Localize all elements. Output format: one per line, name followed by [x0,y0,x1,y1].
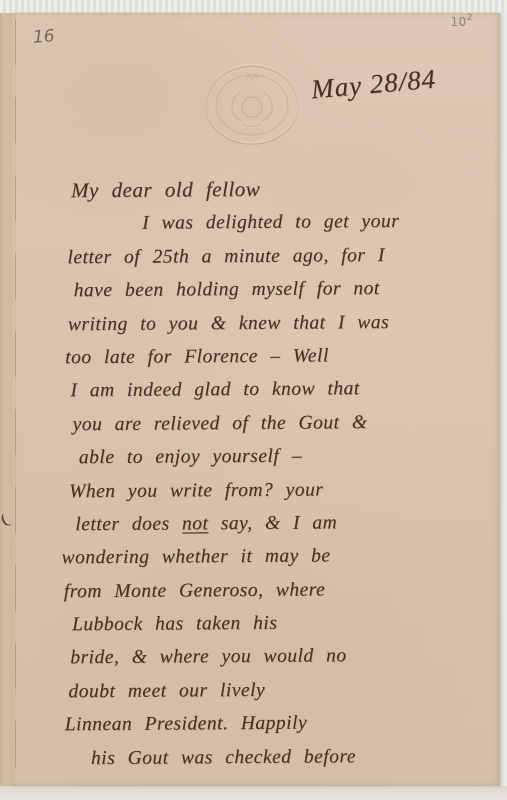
letter-date: May 28/84 [310,64,437,106]
body-line: have been holding myself for not [74,272,490,308]
body-line: from Monte Generoso, where [64,572,492,608]
embossed-seal-icon [203,62,301,148]
page-number-base: 10 [450,15,466,29]
letter-page: 16 102 May 28/84 My dear old fellow I wa… [11,13,500,786]
salutation: My dear old fellow [71,171,489,207]
page-number-pencil: 102 [450,13,473,29]
body-line: When you write from? your [69,472,491,508]
body-line: his Gout was checked before [91,739,493,775]
backing-paper-right [499,13,507,800]
scanned-letter: 16 102 May 28/84 My dear old fellow I wa… [0,0,507,800]
body-line: letter of 25th a minute ago, for I [67,238,489,274]
underlined-word: not [182,513,209,534]
folio-number-pencil: 16 [32,26,55,47]
body-line: Linnean President. Happily [65,706,493,742]
body-line: too late for Florence – Well [65,338,490,374]
body-line-with-underline: letter does not say, & I am [75,505,491,541]
backing-paper-bottom [0,786,507,800]
body-line: you are relieved of the Gout & [73,405,491,441]
body-line: doubt meet our lively [68,672,492,708]
body-line: writing to you & knew that I was [68,305,490,341]
body-line: bride, & where you would no [70,639,492,675]
page-number-superscript: 2 [467,13,473,23]
binding-cloth-edge [0,0,507,14]
body-line-post: say, & I am [208,512,337,534]
body-line: able to enjoy yourself – [79,438,491,474]
body-line-pre: letter does [75,513,182,535]
body-line: I was delighted to get your [142,205,489,241]
body-line: I am indeed glad to know that [70,372,490,408]
letter-body: My dear old fellow I was delighted to ge… [9,171,493,775]
body-line: wondering whether it may be [61,539,491,575]
body-line: Lubbock has taken his [72,605,492,641]
